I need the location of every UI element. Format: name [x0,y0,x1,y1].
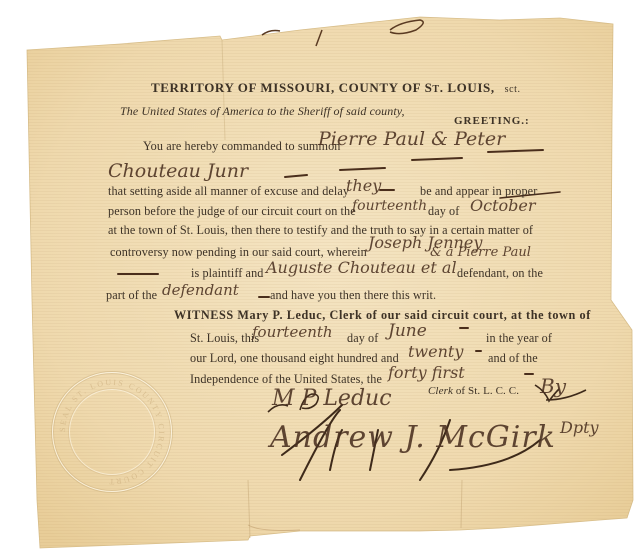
line-7-printed-a: is plaintiff and [191,266,263,281]
witness-line-2b: day of [347,331,378,346]
witness-line-3a: our Lord, one thousand eight hundred and [190,351,399,366]
document-heading: TERRITORY OF MISSOURI, COUNTY OF ST. LOU… [151,80,521,96]
salutation: The United States of America to the Sher… [120,104,405,119]
witness-line-1: WITNESS Mary P. Leduc, Clerk of our said… [174,308,591,323]
witness-line-2a: St. Louis, this [190,331,259,346]
clerk-label-text: of St. L. C. C. [456,385,519,397]
witness-year-handwritten: twenty [408,342,463,361]
independence-year-handwritten: forty first [388,363,465,382]
witness-month-handwritten: June [388,321,427,341]
line-4-printed-b: day of [428,204,459,219]
witness-line-2c: in the year of [486,331,552,346]
seal-text: SEAL ST. LOUIS COUNTY CIRCUIT COURT [53,373,171,491]
line-4-printed-a: person before the judge of our circuit c… [108,204,356,219]
defendant-name-handwritten: Auguste Chouteau et al [266,258,457,277]
witness-clause: WITNESS Mary P. Leduc, Clerk of our said… [174,308,591,322]
heading-t-small: T [432,84,439,95]
embossed-seal-icon: SEAL ST. LOUIS COUNTY CIRCUIT COURT [52,372,172,492]
appearance-day-handwritten: fourteenth [352,198,427,214]
greeting: GREETING.: [454,115,530,127]
svg-text:SEAL ST. LOUIS COUNTY CIRCUIT: SEAL ST. LOUIS COUNTY CIRCUIT COURT [58,378,166,486]
witness-line-3b: and of the [488,351,538,366]
document-scan: SEAL ST. LOUIS COUNTY CIRCUIT COURT TERR… [0,0,640,555]
line-1-printed: You are hereby commanded to summon [143,139,340,154]
seal-inscription: SEAL ST. LOUIS COUNTY CIRCUIT COURT [58,378,166,486]
heading-st-louis: . LOUIS, [440,80,495,95]
witness-day-handwritten: fourteenth [252,323,333,341]
by-handwritten: By [540,374,566,398]
witness-line-4a: Independence of the United States, the [190,372,382,387]
line-3-printed-a: that setting aside all manner of excuse … [108,184,349,199]
line-7-printed-b: defendant, on the [457,266,543,281]
clerk-label-italic: Clerk [428,385,453,397]
deputy-title: Dpty [560,418,599,437]
appearance-month-handwritten: October [470,196,536,215]
summoned-surname-handwritten: Chouteau Junr [108,160,248,182]
heading-territory: TERRITORY OF MISSOURI, COUNTY OF S [151,80,432,95]
pronoun-handwritten: they [346,176,381,195]
summoned-persons-handwritten: Pierre Paul & Peter [318,128,505,150]
clerk-label: Clerk of St. L. C. C. [428,385,519,397]
deputy-signature: Andrew J. McGirk [270,420,556,455]
heading-sct: sct. [505,84,521,95]
line-8-printed-b: and have you then there this writ. [270,288,436,303]
party-handwritten: defendant [162,281,239,299]
line-8-printed-a: part of the [106,288,157,303]
clerk-signature: M P Leduc [272,386,392,411]
